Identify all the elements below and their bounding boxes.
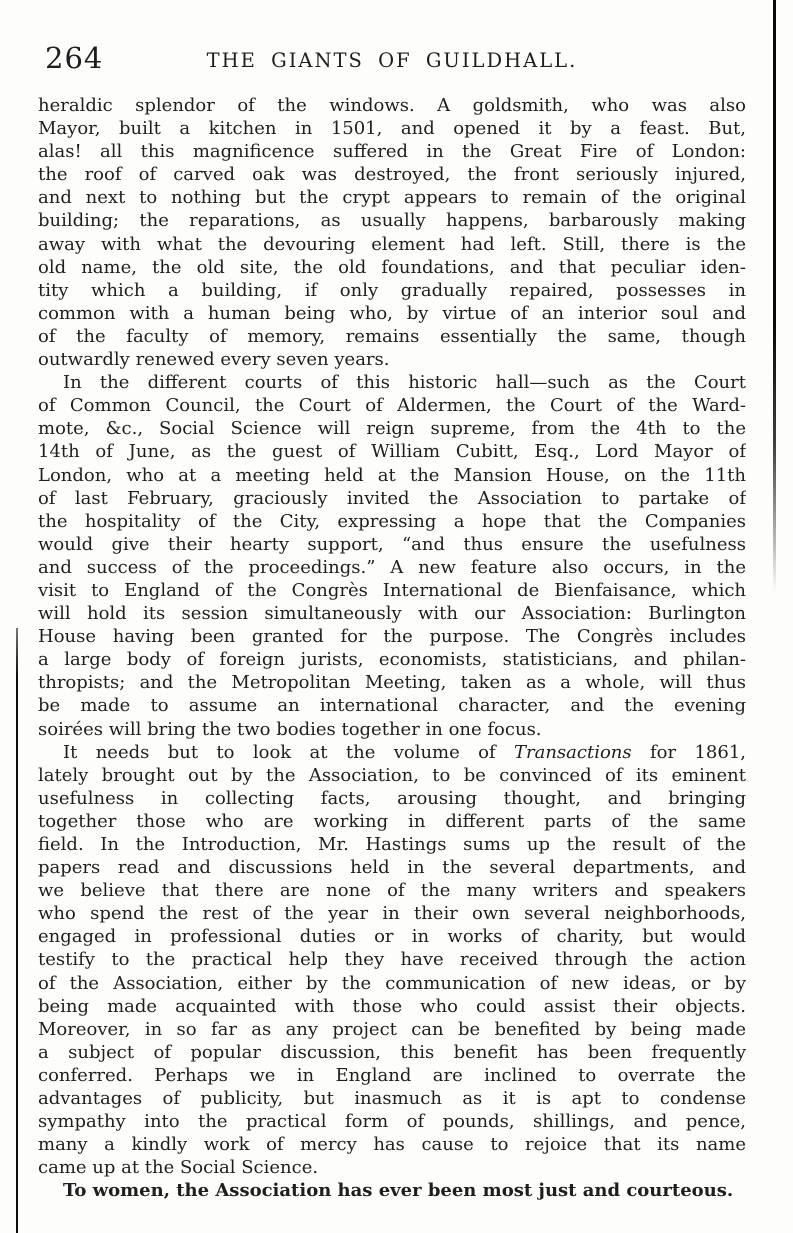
text-line: would give their hearty support, “and th…	[38, 533, 746, 556]
text-line: Moreover, in so far as any project can b…	[38, 1018, 746, 1041]
text-line: and success of the proceedings.” A new f…	[38, 556, 746, 579]
text-line: being made acquainted with those who cou…	[38, 995, 746, 1018]
text-line: alas! all this magnificence suffered in …	[38, 140, 746, 163]
text-line: It needs but to look at the volume of Tr…	[38, 741, 746, 764]
text-line: field. In the Introduction, Mr. Hastings…	[38, 833, 746, 856]
text-line: 14th of June, as the guest of William Cu…	[38, 440, 746, 463]
text-line: a subject of popular discussion, this be…	[38, 1041, 746, 1064]
text-line: and next to nothing but the crypt appear…	[38, 186, 746, 209]
text-line: London, who at a meeting held at the Man…	[38, 464, 746, 487]
text-line: old name, the old site, the old foundati…	[38, 256, 746, 279]
paragraph: heraldic splendor of the windows. A gold…	[38, 94, 746, 371]
text-line: of the faculty of memory, remains essent…	[38, 325, 746, 348]
text-line: we believe that there are none of the ma…	[38, 879, 746, 902]
text-line: Mayor, built a kitchen in 1501, and open…	[38, 117, 746, 140]
text-line: mote, &c., Social Science will reign sup…	[38, 417, 746, 440]
text-run: for 1861,	[632, 742, 746, 763]
text-line: came up at the Social Science.	[38, 1156, 746, 1179]
text-line: To women, the Association has ever been …	[38, 1179, 746, 1202]
text-line: of last February, graciously invited the…	[38, 487, 746, 510]
scan-edge-line-right	[773, 0, 776, 592]
text-line: visit to England of the Congrès Internat…	[38, 579, 746, 602]
paragraph: To women, the Association has ever been …	[38, 1179, 746, 1202]
text-line: heraldic splendor of the windows. A gold…	[38, 94, 746, 117]
text-line: testify to the practical help they have …	[38, 948, 746, 971]
text-line: be made to assume an international chara…	[38, 694, 746, 717]
text-line: lately brought out by the Association, t…	[38, 764, 746, 787]
italic-text-run: Transactions	[514, 742, 632, 763]
text-line: the roof of carved oak was destroyed, th…	[38, 163, 746, 186]
paragraph: It needs but to look at the volume of Tr…	[38, 741, 746, 1180]
text-line: of Common Council, the Court of Aldermen…	[38, 394, 746, 417]
text-line: usefulness in collecting facts, arousing…	[38, 787, 746, 810]
scan-edge-line-left	[16, 628, 18, 1233]
text-line: many a kindly work of mercy has cause to…	[38, 1133, 746, 1156]
text-line: soirées will bring the two bodies togeth…	[38, 718, 746, 741]
text-line: who spend the rest of the year in their …	[38, 902, 746, 925]
text-line: together those who are working in differ…	[38, 810, 746, 833]
text-line: conferred. Perhaps we in England are inc…	[38, 1064, 746, 1087]
text-line: thropists; and the Metropolitan Meeting,…	[38, 671, 746, 694]
text-line: advantages of publicity, but inasmuch as…	[38, 1087, 746, 1110]
text-line: a large body of foreign jurists, economi…	[38, 648, 746, 671]
text-line: papers read and discussions held in the …	[38, 856, 746, 879]
text-line: of the Association, either by the commun…	[38, 972, 746, 995]
text-line: sympathy into the practical form of poun…	[38, 1110, 746, 1133]
text-line: away with what the devouring element had…	[38, 233, 746, 256]
text-line: common with a human being who, by virtue…	[38, 302, 746, 325]
text-line: tity which a building, if only gradually…	[38, 279, 746, 302]
text-line: engaged in professional duties or in wor…	[38, 925, 746, 948]
text-line: House having been granted for the purpos…	[38, 625, 746, 648]
text-line: building; the reparations, as usually ha…	[38, 209, 746, 232]
text-line: In the different courts of this historic…	[38, 371, 746, 394]
text-run: It needs but to look at the volume of	[63, 742, 514, 763]
text-line: outwardly renewed every seven years.	[38, 348, 746, 371]
book-page: 264 THE GIANTS OF GUILDHALL. heraldic sp…	[0, 0, 793, 1233]
paragraph: In the different courts of this historic…	[38, 371, 746, 741]
running-header-title: THE GIANTS OF GUILDHALL.	[38, 49, 746, 72]
text-line: the hospitality of the City, expressing …	[38, 510, 746, 533]
text-line: will hold its session simultaneously wit…	[38, 602, 746, 625]
body-text: heraldic splendor of the windows. A gold…	[38, 94, 746, 1203]
